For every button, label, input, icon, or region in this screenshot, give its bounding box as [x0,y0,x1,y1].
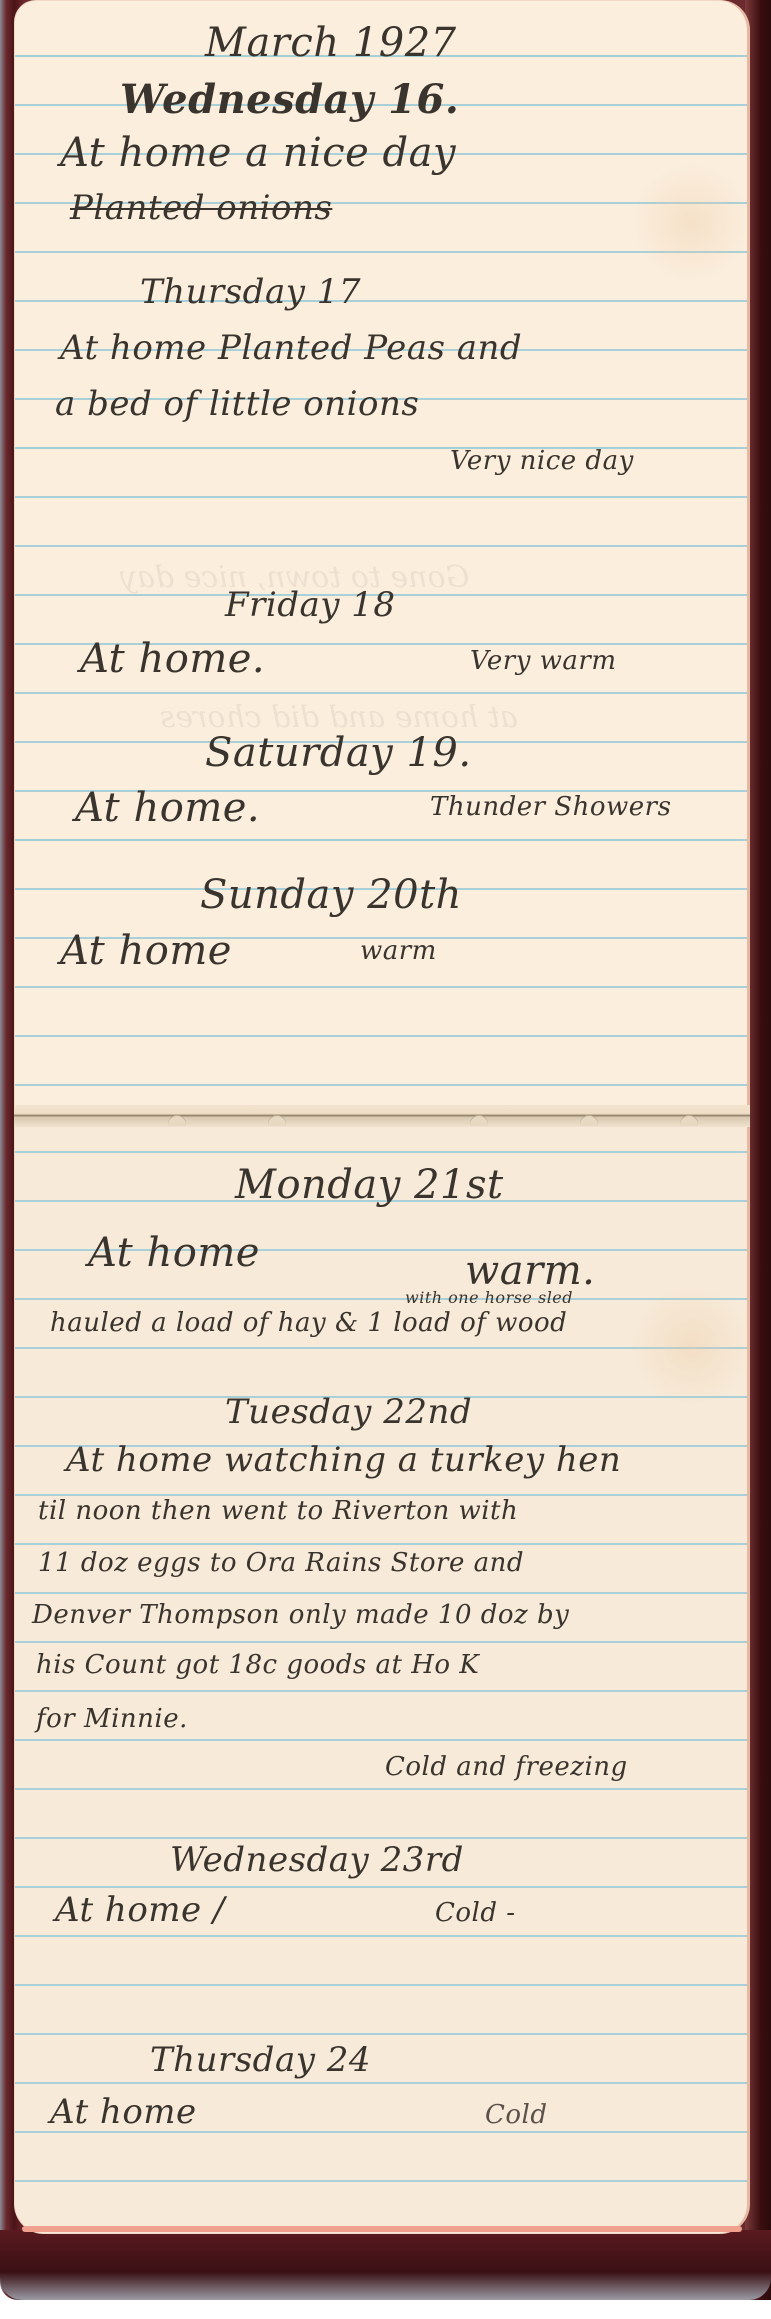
entry-line: Denver Thompson only made 10 doz by [32,1600,569,1630]
entry-day: Friday 18 [225,585,396,625]
entry-weather: Very warm [470,646,617,676]
entry-line: 11 doz eggs to Ora Rains Store and [38,1548,524,1578]
entry-line: At home watching a turkey hen [66,1440,621,1480]
entry-weather: Cold and freezing [385,1752,628,1782]
entry-line: At home. [75,785,260,831]
entry-line: At home Planted Peas and [60,328,522,368]
entry-day: Wednesday 16. [120,76,459,123]
entry-line-struck: Planted onions [70,188,332,228]
entry-line: hauled a load of hay & 1 load of wood [50,1308,567,1338]
entry-weather: Thunder Showers [430,792,671,822]
entry-weather: Cold [485,2100,548,2130]
entry-weather: Cold - [435,1898,516,1928]
diary-cover-bottom [0,2230,771,2300]
entry-line: til noon then went to Riverton with [38,1496,518,1526]
entry-line: At home [88,1230,260,1276]
entry-day: Thursday 17 [140,272,361,312]
page-edge [22,2226,742,2232]
entry-day: Wednesday 23rd [170,1840,464,1880]
entry-line: At home a nice day [60,130,456,176]
entry-day: Tuesday 22nd [225,1392,472,1432]
entry-line: his Count got 18c goods at Ho K [36,1650,479,1680]
entry-line: At home. [80,636,265,682]
entry-weather: warm [360,936,437,966]
entry-line: a bed of little onions [55,384,419,424]
entry-day: Saturday 19. [205,730,472,776]
entry-line: At home / [55,1890,225,1930]
page-fold [14,1105,750,1127]
entry-day: Thursday 24 [150,2040,371,2080]
entry-day: Sunday 20th [200,872,462,918]
diary-month-year: March 1927 [205,20,457,66]
entry-insertion: with one horse sled [405,1288,573,1307]
entry-line: for Minnie. [36,1704,188,1734]
entry-weather: Very nice day [450,446,634,476]
entry-line: At home [60,928,232,974]
entry-day: Monday 21st [235,1162,504,1208]
entry-line: At home [50,2092,197,2132]
